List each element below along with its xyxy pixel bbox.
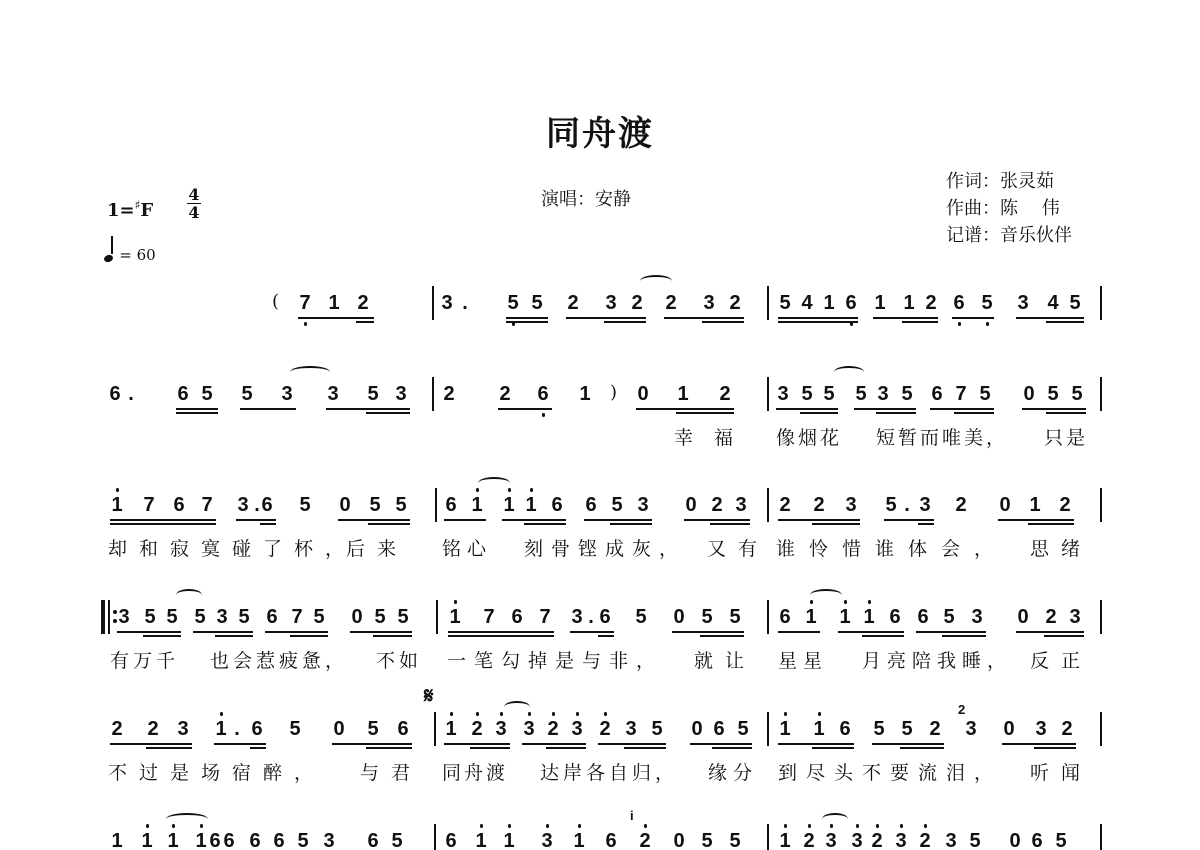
note: 3 (624, 718, 638, 740)
barline (1100, 377, 1102, 411)
note: 5 (728, 606, 742, 628)
underline (193, 631, 253, 633)
underline (624, 747, 666, 749)
note: 0 (1002, 718, 1016, 740)
note: 1 (778, 718, 792, 740)
note: 5 (900, 383, 914, 405)
note: 5 (240, 383, 254, 405)
grace-note: i (630, 808, 634, 823)
underline (604, 321, 646, 323)
repeat-start-icon (101, 600, 105, 634)
note: 3 (570, 606, 584, 628)
note: 2 (1058, 494, 1072, 516)
slur (176, 589, 202, 601)
note: 1 (862, 606, 876, 628)
underline (448, 631, 554, 633)
note: 2 (918, 830, 932, 850)
note: 5 (394, 494, 408, 516)
note: 0 (332, 718, 346, 740)
note: 6 (265, 606, 279, 628)
barline (432, 286, 434, 320)
lyric-text: 短暂而唯美， (876, 423, 1008, 450)
underline (778, 317, 858, 319)
note: 6 (366, 830, 380, 850)
note: 5 (800, 383, 814, 405)
note: 5 (900, 718, 914, 740)
barline (767, 377, 769, 411)
note: 5 (366, 718, 380, 740)
lyric-text: 谁怜惜谁体会， (776, 534, 1007, 561)
slur (478, 477, 510, 489)
underline (506, 317, 548, 319)
augmentation-dot: . (458, 292, 472, 314)
note: 5 (884, 494, 898, 516)
underline (368, 523, 410, 525)
barline (434, 712, 436, 746)
underline (366, 412, 410, 414)
underline (1034, 747, 1076, 749)
underline (176, 412, 218, 414)
underline (356, 321, 374, 323)
lyric-text: 像烟花 (776, 423, 842, 450)
note: 1 (166, 830, 180, 850)
underline (298, 317, 374, 319)
note: 1 (524, 494, 538, 516)
augmentation-dot: . (584, 606, 598, 628)
note: 3 (918, 494, 932, 516)
lyric-text: 只是 (1044, 423, 1088, 450)
note: 6 (930, 383, 944, 405)
underline (110, 743, 192, 745)
note: 5 (165, 606, 179, 628)
note: 3 (215, 606, 229, 628)
underline (778, 321, 858, 323)
note: 5 (390, 830, 404, 850)
underline (710, 523, 750, 525)
note: 5 (373, 606, 387, 628)
key-prefix: 1= (107, 200, 135, 221)
barline (1100, 488, 1102, 522)
underline (444, 519, 486, 521)
note: 2 (710, 494, 724, 516)
underline (1046, 321, 1084, 323)
barline (767, 824, 769, 850)
underline (1002, 743, 1076, 745)
note: 1 (502, 494, 516, 516)
underline (672, 631, 744, 633)
note: 1 (572, 830, 586, 850)
note: 5 (634, 606, 648, 628)
underline (1016, 631, 1084, 633)
note: 3 (944, 830, 958, 850)
underline (215, 635, 253, 637)
note: 3 (522, 718, 536, 740)
underline (350, 631, 412, 633)
lyric-text: 又有 (707, 534, 769, 561)
note: 4 (1046, 292, 1060, 314)
note: 5 (942, 606, 956, 628)
note: 1 (778, 830, 792, 850)
lyric-text: 同舟渡 (442, 758, 508, 785)
note: 6 (712, 718, 726, 740)
note: 2 (812, 494, 826, 516)
note: 2 (598, 718, 612, 740)
repeat-start-thin (108, 600, 110, 634)
note: 2 (928, 718, 942, 740)
barline (435, 488, 437, 522)
note: 2 (146, 718, 160, 740)
note: 5 (968, 830, 982, 850)
note: 2 (630, 292, 644, 314)
note: 5 (700, 830, 714, 850)
barline (436, 600, 438, 634)
note: 5 (854, 383, 868, 405)
composer-credit: 作曲：陈 伟 (946, 195, 1072, 222)
tempo-value: = 60 (119, 246, 155, 264)
key-signature: 1=♯F (107, 198, 153, 221)
underline (1044, 635, 1084, 637)
slur (640, 275, 672, 287)
note: 0 (350, 606, 364, 628)
underline (930, 408, 994, 410)
underline (1016, 317, 1084, 319)
note: 2 (924, 292, 938, 314)
credits-block: 作词：张灵茹 作曲：陈 伟 记谱：音乐伙伴 (946, 168, 1072, 249)
underline (566, 317, 646, 319)
underline (998, 519, 1074, 521)
note: 2 (664, 292, 678, 314)
note: 0 (636, 383, 650, 405)
slur (504, 701, 530, 713)
underline (918, 523, 934, 525)
underline (1046, 412, 1086, 414)
note: 6 (952, 292, 966, 314)
underline (598, 743, 666, 745)
note: 5 (778, 292, 792, 314)
underline (236, 519, 276, 521)
underline (260, 523, 276, 525)
lyric-text: 达岸各自归， (540, 758, 678, 785)
note: 1 (838, 606, 852, 628)
note: 1 (140, 830, 154, 850)
note: 3 (280, 383, 294, 405)
note: 6 (444, 830, 458, 850)
note: 2 (718, 383, 732, 405)
note: 5 (1046, 383, 1060, 405)
note: 3 (876, 383, 890, 405)
note: 0 (672, 830, 686, 850)
underline (812, 523, 860, 525)
note: 6 (444, 494, 458, 516)
lyric-text: 不过是场宿醉， (108, 758, 325, 785)
note: 5 (700, 606, 714, 628)
note: 2 (442, 383, 456, 405)
note: 2 (1044, 606, 1058, 628)
lyric-text: 刻骨铿成灰， (524, 534, 686, 561)
note: 5 (1070, 383, 1084, 405)
note: 1 (110, 494, 124, 516)
note: 2 (110, 718, 124, 740)
note: 5 (200, 383, 214, 405)
note: 7 (954, 383, 968, 405)
note: 1 (676, 383, 690, 405)
note: 7 (482, 606, 496, 628)
note: 0 (338, 494, 352, 516)
lyric-text: 福 (714, 423, 733, 450)
underline (676, 412, 734, 414)
note: 0 (690, 718, 704, 740)
underline (916, 631, 986, 633)
note: 6 (260, 494, 274, 516)
underline (110, 519, 216, 521)
underline (778, 743, 854, 745)
note: 6 (598, 606, 612, 628)
note: 3 (894, 830, 908, 850)
note: 0 (672, 606, 686, 628)
note: 3 (176, 718, 190, 740)
underline (690, 743, 752, 745)
underline (952, 317, 994, 319)
slur (822, 813, 848, 825)
underline (546, 747, 586, 749)
note: 1 (110, 830, 124, 850)
underline (250, 747, 266, 749)
underline (884, 519, 934, 521)
underline (373, 635, 412, 637)
note: 3 (322, 830, 336, 850)
note: 1 (902, 292, 916, 314)
lyric-text: 缘分 (708, 758, 758, 785)
barline (1100, 286, 1102, 320)
note: 1 (214, 718, 228, 740)
underline (854, 408, 916, 410)
singer-credit: 演唱：安静 (541, 185, 631, 211)
augmentation-dot: . (230, 718, 244, 740)
underline (1022, 408, 1086, 410)
note: 3 (326, 383, 340, 405)
underline (776, 408, 838, 410)
note: 2 (498, 383, 512, 405)
note: 3 (540, 830, 554, 850)
note: 6 (536, 383, 550, 405)
underline (146, 747, 192, 749)
underline (702, 321, 744, 323)
underline (942, 635, 986, 637)
underline (470, 747, 510, 749)
note: 1 (444, 718, 458, 740)
note: 2 (870, 830, 884, 850)
note: 1 (502, 830, 516, 850)
note: 3 (844, 494, 858, 516)
note: 7 (290, 606, 304, 628)
lyric-text: 也会惹疲惫， (210, 646, 348, 673)
note: 3 (570, 718, 584, 740)
note: 0 (684, 494, 698, 516)
underline (448, 635, 554, 637)
note: 6 (172, 494, 186, 516)
underline (712, 747, 752, 749)
lyric-text: 铭心 (442, 534, 492, 561)
time-signature: 4 4 (186, 186, 202, 221)
note: 1 (822, 292, 836, 314)
note: 1 (194, 830, 208, 850)
note: 1 (448, 606, 462, 628)
underline (366, 747, 412, 749)
note: 0 (998, 494, 1012, 516)
note: 5 (980, 292, 994, 314)
note: 2 (638, 830, 652, 850)
quarter-note-stem (111, 236, 113, 254)
lyricist-credit: 作词：张灵茹 (946, 168, 1072, 195)
note: 5 (237, 606, 251, 628)
note: 6 (222, 830, 236, 850)
underline (610, 523, 652, 525)
note: 6 (584, 494, 598, 516)
note: 3 (494, 718, 508, 740)
note: 6 (510, 606, 524, 628)
underline (1028, 523, 1074, 525)
note: 1 (873, 292, 887, 314)
note: 1 (578, 383, 592, 405)
time-sig-bottom: 4 (186, 204, 202, 221)
note: 2 (954, 494, 968, 516)
lyric-text: 却和寂寞碰了杯， (108, 534, 356, 561)
note: 2 (802, 830, 816, 850)
note: 6 (778, 606, 792, 628)
note: 2 (470, 718, 484, 740)
note: 3 (394, 383, 408, 405)
note: 5 (650, 718, 664, 740)
note: 5 (506, 292, 520, 314)
segno-icon: 𝄋 (424, 684, 433, 709)
underline (326, 408, 410, 410)
note: 6 (396, 718, 410, 740)
underline (684, 519, 750, 521)
lyric-text: 思绪 (1030, 534, 1092, 561)
note: 6 (250, 718, 264, 740)
underline (498, 408, 552, 410)
slur (834, 366, 864, 378)
underline (873, 317, 938, 319)
underline (176, 408, 218, 410)
note: 6 (1030, 830, 1044, 850)
barline (767, 488, 769, 522)
note: 3 (1034, 718, 1048, 740)
note: 1 (812, 718, 826, 740)
note: 5 (143, 606, 157, 628)
underline (502, 519, 566, 521)
note: 5 (193, 606, 207, 628)
note: 0 (1022, 383, 1036, 405)
note: 6 (176, 383, 190, 405)
underline (240, 408, 296, 410)
lyric-text: 有万千 (110, 646, 179, 673)
underline (110, 523, 216, 525)
lyric-text: 幸 (674, 423, 693, 450)
note: 5 (978, 383, 992, 405)
key-note: F (140, 200, 153, 221)
barline (1100, 600, 1102, 634)
note: 2 (1060, 718, 1074, 740)
underline (265, 631, 328, 633)
lyric-text: 与君 (360, 758, 422, 785)
barline (432, 377, 434, 411)
note: 1 (804, 606, 818, 628)
song-title: 同舟渡 (0, 106, 1200, 155)
underline (664, 317, 744, 319)
note: 3 (636, 494, 650, 516)
note: 5 (1054, 830, 1068, 850)
underline (636, 408, 734, 410)
note: 3 (964, 718, 978, 740)
note: 6 (888, 606, 902, 628)
note: 5 (530, 292, 544, 314)
note: 5 (288, 718, 302, 740)
note: 1 (470, 494, 484, 516)
note: 5 (368, 494, 382, 516)
note: 5 (1068, 292, 1082, 314)
underline (506, 321, 548, 323)
note: 3 (776, 383, 790, 405)
underline (954, 412, 994, 414)
close-paren: ) (610, 382, 617, 403)
note: 5 (872, 718, 886, 740)
note: 5 (296, 830, 310, 850)
underline (876, 412, 916, 414)
note: 7 (298, 292, 312, 314)
underline (900, 747, 944, 749)
augmentation-dot: . (124, 383, 138, 405)
note: 3 (236, 494, 250, 516)
note: 7 (200, 494, 214, 516)
underline (902, 321, 938, 323)
underline (862, 635, 904, 637)
note: 6 (550, 494, 564, 516)
note: 5 (396, 606, 410, 628)
note: 6 (208, 830, 222, 850)
note: 3 (440, 292, 454, 314)
note: 3 (604, 292, 618, 314)
note: 6 (604, 830, 618, 850)
note: 2 (356, 292, 370, 314)
underline (332, 743, 412, 745)
note: 5 (728, 830, 742, 850)
note: 5 (366, 383, 380, 405)
note: 5 (736, 718, 750, 740)
underline (838, 631, 904, 633)
note: 5 (298, 494, 312, 516)
note: 3 (702, 292, 716, 314)
underline (598, 635, 614, 637)
slur (810, 589, 842, 601)
note: 3 (850, 830, 864, 850)
underline (800, 412, 838, 414)
underline (778, 519, 860, 521)
barline (1100, 712, 1102, 746)
note: 0 (1008, 830, 1022, 850)
note: 1 (1028, 494, 1042, 516)
note: 6 (916, 606, 930, 628)
transcriber-credit: 记谱：音乐伙伴 (946, 222, 1072, 249)
time-sig-top: 4 (186, 186, 202, 203)
note: 7 (142, 494, 156, 516)
note: 4 (800, 292, 814, 314)
barline (434, 824, 436, 850)
lyric-text: 一笔勾掉是与非， (447, 646, 663, 673)
underline (444, 743, 510, 745)
augmentation-dot: . (900, 494, 914, 516)
note: 3 (734, 494, 748, 516)
